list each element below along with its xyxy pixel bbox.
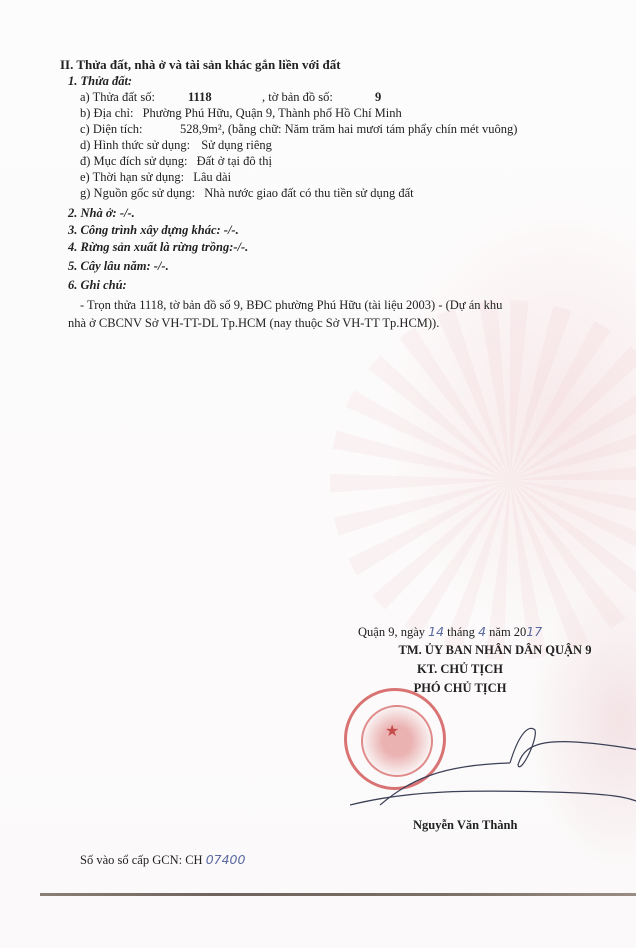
parcel-number-row: a) Thửa đất số: 1118 , tờ bản đồ số: 9 — [80, 90, 155, 105]
map-sheet-label: , tờ bản đồ số: — [262, 90, 333, 105]
part1-title: 1. Thửa đất: — [68, 74, 132, 89]
note-line-2: nhà ở CBCNV Sở VH-TT-DL Tp.HCM (nay thuộ… — [68, 316, 439, 331]
usage-form-value: Sử dụng riêng — [201, 138, 272, 152]
usage-form-row: d) Hình thức sử dụng: Sử dụng riêng — [80, 138, 272, 153]
area-value: 528,9m², (bằng chữ: Năm trăm hai mươi tá… — [180, 122, 517, 137]
registry-label: Số vào sổ cấp GCN: CH — [80, 853, 203, 867]
date-year-suffix: 17 — [526, 624, 542, 639]
address-row: b) Địa chỉ: Phường Phú Hữu, Quận 9, Thàn… — [80, 106, 402, 121]
date-day: 14 — [428, 624, 444, 639]
date-prefix: Quận 9, ngày — [358, 625, 425, 639]
address-label: b) Địa chỉ: — [80, 106, 133, 120]
usage-origin-row: g) Nguồn gốc sử dụng: Nhà nước giao đất … — [80, 186, 414, 201]
usage-term-value: Lâu dài — [193, 170, 231, 184]
page-bottom-edge — [40, 893, 636, 896]
usage-origin-label: g) Nguồn gốc sử dụng: — [80, 186, 195, 200]
part2-house: 2. Nhà ở: -/-. — [68, 206, 135, 221]
date-year-label: năm 20 — [489, 625, 526, 639]
area-row: c) Diện tích: 528,9m², (bằng chữ: Năm tr… — [80, 122, 142, 137]
usage-term-label: e) Thời hạn sử dụng: — [80, 170, 184, 184]
registry-value: 07400 — [206, 852, 246, 867]
usage-purpose-label: đ) Mục đích sử dụng: — [80, 154, 187, 168]
issuing-authority: TM. ỦY BAN NHÂN DÂN QUẬN 9 — [360, 643, 630, 658]
part3-other-construction: 3. Công trình xây dựng khác: -/-. — [68, 223, 239, 238]
parcel-number-label: a) Thửa đất số: — [80, 90, 155, 104]
map-sheet-value: 9 — [375, 90, 381, 105]
address-value: Phường Phú Hữu, Quận 9, Thành phố Hồ Chí… — [143, 106, 402, 120]
date-month-label: tháng — [447, 625, 475, 639]
part5-perennial-trees: 5. Cây lâu năm: -/-. — [68, 259, 169, 274]
note-line-1: - Trọn thửa 1118, tờ bản đồ số 9, BĐC ph… — [80, 298, 502, 313]
watermark-emblem — [330, 300, 636, 660]
part4-production-forest: 4. Rừng sản xuất là rừng trồng:-/-. — [68, 240, 248, 255]
signer-role-1: KT. CHỦ TỊCH — [360, 662, 560, 677]
area-label: c) Diện tích: — [80, 122, 142, 136]
date-month: 4 — [478, 624, 486, 639]
handwritten-signature — [350, 720, 636, 830]
parcel-number-value: 1118 — [188, 90, 212, 105]
usage-form-label: d) Hình thức sử dụng: — [80, 138, 190, 152]
usage-purpose-row: đ) Mục đích sử dụng: Đất ở tại đô thị — [80, 154, 272, 169]
usage-purpose-value: Đất ở tại đô thị — [197, 154, 272, 168]
usage-origin-value: Nhà nước giao đất có thu tiền sử dụng đấ… — [204, 186, 413, 200]
certificate-page: II. Thửa đất, nhà ở và tài sản khác gắn … — [0, 0, 636, 948]
issue-date: Quận 9, ngày 14 tháng 4 năm 2017 — [358, 624, 542, 640]
section-heading: II. Thửa đất, nhà ở và tài sản khác gắn … — [60, 57, 341, 72]
part6-notes-title: 6. Ghi chú: — [68, 278, 127, 293]
signer-name: Nguyễn Văn Thành — [413, 818, 517, 833]
registry-number: Số vào sổ cấp GCN: CH 07400 — [80, 852, 245, 868]
usage-term-row: e) Thời hạn sử dụng: Lâu dài — [80, 170, 231, 185]
